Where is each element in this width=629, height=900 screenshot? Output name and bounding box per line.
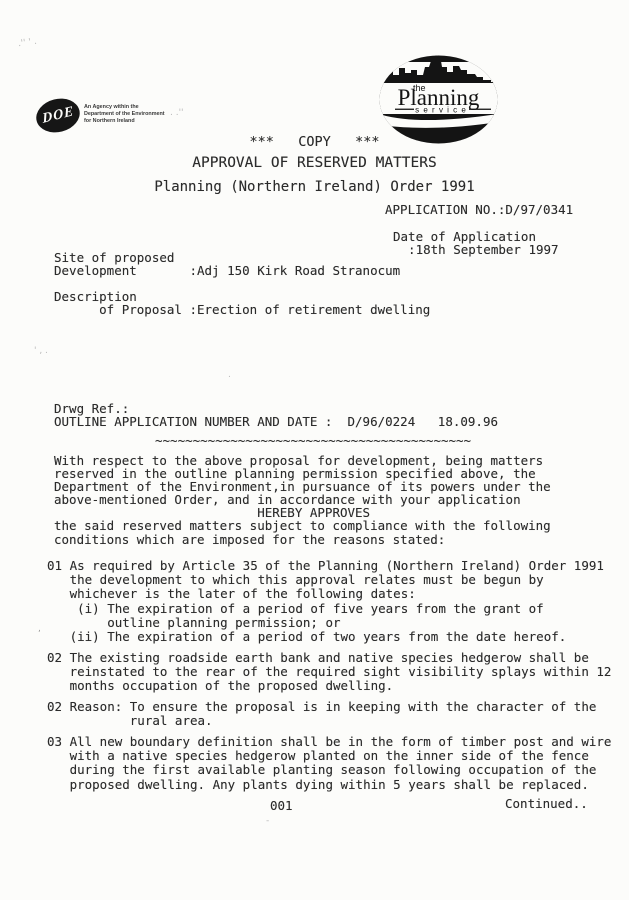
scan-artifact: ' , . bbox=[34, 346, 48, 356]
continued-label: Continued.. bbox=[505, 797, 588, 810]
condition-01: 01 As required by Article 35 of the Plan… bbox=[47, 559, 604, 644]
scan-artifact: .'' ' . bbox=[17, 37, 37, 50]
condition-02: 02 The existing roadside earth bank and … bbox=[47, 651, 611, 694]
doe-tagline-line: Department of the Environment bbox=[84, 111, 165, 118]
document-subtitle: Planning (Northern Ireland) Order 1991 bbox=[0, 181, 629, 194]
doe-tagline: An Agency within the Department of the E… bbox=[84, 104, 165, 125]
scan-artifact: , bbox=[38, 624, 41, 634]
site-description-block: Site of proposed Development :Adj 150 Ki… bbox=[54, 251, 430, 316]
approval-paragraph: With respect to the above proposal for d… bbox=[54, 454, 551, 546]
drawing-reference-block: Drwg Ref.: OUTLINE APPLICATION NUMBER AN… bbox=[54, 402, 498, 428]
page-number: 001 bbox=[270, 799, 293, 812]
divider: ~~~~~~~~~~~~~~~~~~~~~~~~~~~~~~~~~~~~~~~~… bbox=[155, 434, 471, 447]
doe-tagline-line: for Northern Ireland bbox=[84, 118, 165, 125]
planning-logo-service: s e r v i c e bbox=[415, 106, 467, 115]
planning-service-logo-image: the Planning s e r v i c e bbox=[379, 55, 498, 144]
doe-logo-oval: DOE bbox=[33, 94, 84, 137]
doe-tagline-line: An Agency within the bbox=[84, 104, 165, 111]
scan-artifact: . bbox=[228, 370, 231, 380]
scanned-document-page: .'' ' . . .'' ' , . . , - DOE An Agency … bbox=[0, 0, 629, 900]
document-title: APPROVAL OF RESERVED MATTERS bbox=[0, 157, 629, 170]
condition-03: 03 All new boundary definition shall be … bbox=[47, 735, 611, 792]
planning-service-logo: the Planning s e r v i c e bbox=[379, 55, 498, 144]
doe-logo: DOE An Agency within the Department of t… bbox=[36, 98, 186, 138]
copy-line: *** COPY *** bbox=[0, 136, 629, 149]
condition-02-reason: 02 Reason: To ensure the proposal is in … bbox=[47, 700, 596, 728]
application-number: APPLICATION NO.:D/97/0341 bbox=[385, 203, 573, 216]
scan-artifact: - bbox=[266, 816, 269, 826]
doe-acronym: DOE bbox=[41, 104, 74, 128]
